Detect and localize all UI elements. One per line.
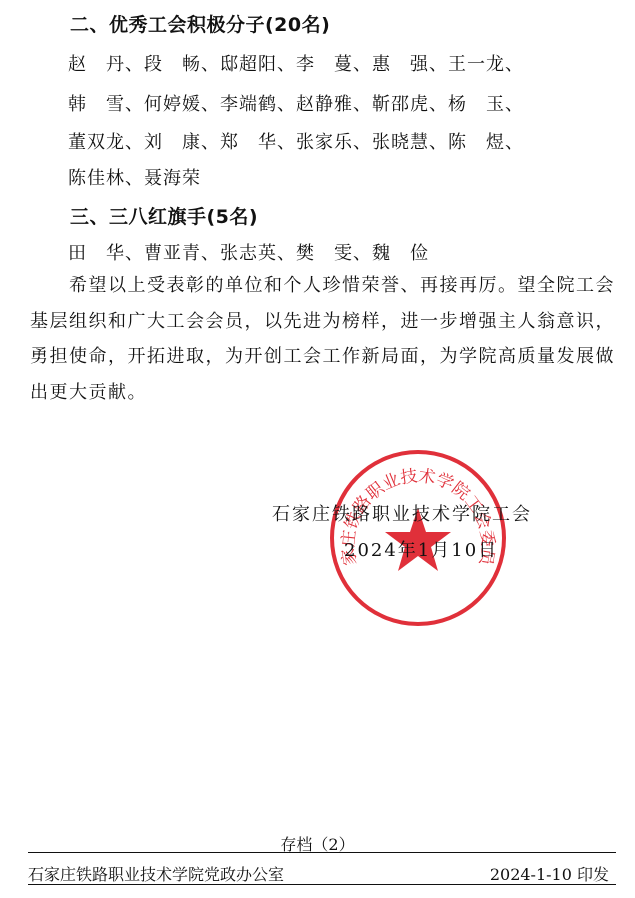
name-line: 董双龙、刘 康、郑 华、张家乐、张晓慧、陈 煜、 xyxy=(68,128,524,154)
section3-heading: 三、三八红旗手(5名) xyxy=(70,202,258,229)
signature-organization: 石家庄铁路职业技术学院工会 xyxy=(272,500,532,526)
name-line: 陈佳林、聂海荣 xyxy=(68,164,201,190)
footer-issuer: 石家庄铁路职业技术学院党政办公室 xyxy=(28,862,284,885)
footer-rule-bottom xyxy=(28,884,616,885)
name-line: 韩 雪、何婷媛、李端鹤、赵静雅、靳邵虎、杨 玉、 xyxy=(68,90,524,116)
footer-issue-date: 2024-1-10 印发 xyxy=(490,862,609,885)
name-line: 田 华、曹亚青、张志英、樊 雯、魏 俭 xyxy=(68,239,429,265)
signature-date: 2024年1月10日 xyxy=(344,536,498,562)
footer-rule-top xyxy=(28,852,616,853)
closing-paragraph: 希望以上受表彰的单位和个人珍惜荣誉、再接再厉。望全院工会基层组织和广大工会会员，… xyxy=(30,268,620,410)
name-line: 赵 丹、段 畅、邸超阳、李 蔓、惠 强、王一龙、 xyxy=(68,50,524,76)
section2-heading: 二、优秀工会积极分子(20名) xyxy=(70,10,330,37)
